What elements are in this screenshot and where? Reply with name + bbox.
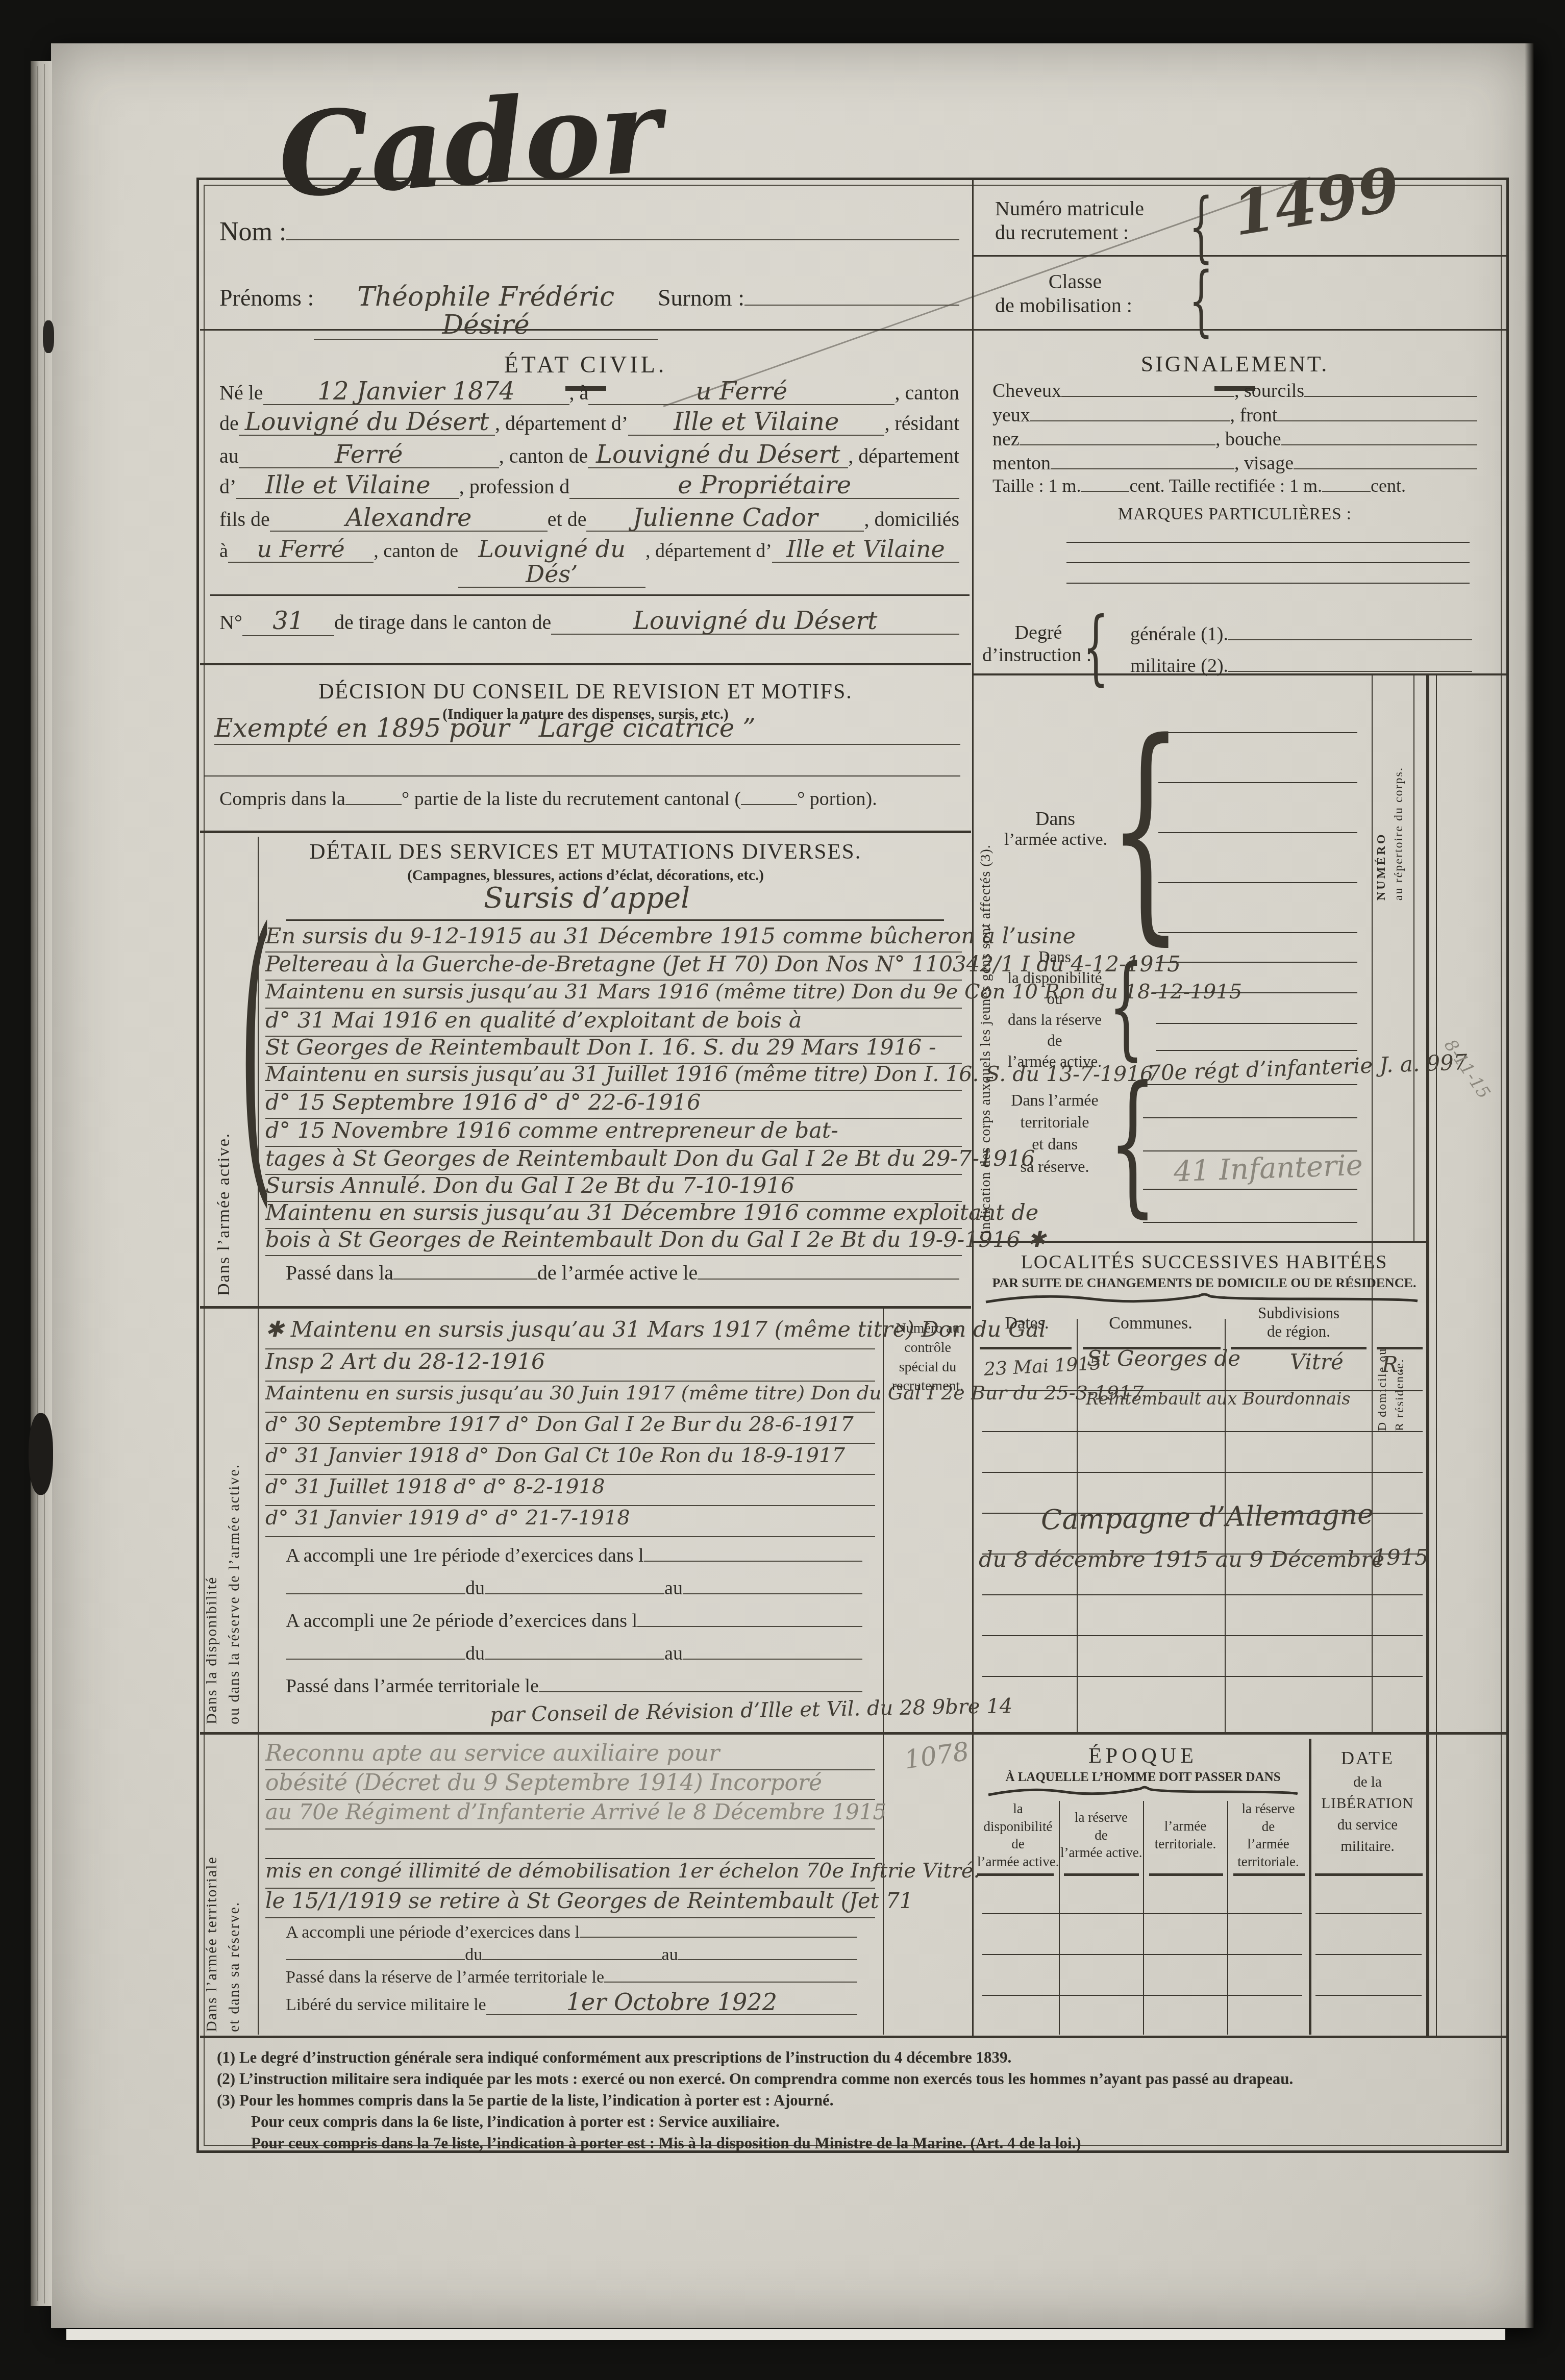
label: de tirage dans le canton de bbox=[334, 611, 551, 634]
rule bbox=[1158, 732, 1357, 733]
numero-repertoire-caption-2: au répertoire du corps. bbox=[1392, 686, 1406, 900]
corps-territoriale-entry-2: 41 Infanterie bbox=[1173, 1149, 1363, 1189]
blank-field bbox=[345, 804, 402, 805]
blank-field bbox=[1228, 639, 1472, 640]
campagne-entry-year: 1915 bbox=[1373, 1545, 1428, 1570]
label: , canton de bbox=[374, 540, 458, 563]
blank-field bbox=[539, 1691, 862, 1692]
label: Dans bbox=[1004, 808, 1106, 830]
blank-field bbox=[580, 1937, 857, 1938]
blank-field bbox=[485, 1593, 664, 1594]
rule bbox=[1059, 1801, 1060, 2035]
blank-field bbox=[644, 1561, 862, 1562]
label: l’armée active. bbox=[1004, 830, 1106, 849]
service-entry: Maintenu en sursis jusqu’au 31 Mars 1916… bbox=[265, 982, 962, 1009]
parents-departement-value: Ille et Vilaine bbox=[786, 535, 945, 563]
degre-label-line2: d’instruction : bbox=[982, 644, 1079, 666]
rule bbox=[980, 1347, 1072, 1349]
rule bbox=[977, 1873, 1054, 1876]
etat-civil-line: à u Ferré , canton de Louvigné du Dés’ ,… bbox=[219, 537, 959, 588]
label: fils de bbox=[219, 508, 270, 531]
label: , à bbox=[569, 381, 589, 405]
service-entry: d° 15 Novembre 1916 comme entrepreneur d… bbox=[265, 1120, 962, 1147]
brace-icon: { bbox=[1108, 712, 1183, 946]
rule bbox=[1143, 1117, 1357, 1118]
classe-label-line1: Classe bbox=[1018, 269, 1132, 293]
service-entry-text: St Georges de Reintembault Don I. 16. S.… bbox=[265, 1035, 936, 1060]
label: cent. Taille rectifiée : 1 m. bbox=[1129, 475, 1322, 496]
rule bbox=[286, 919, 944, 921]
label: territoriale. bbox=[1145, 1835, 1226, 1853]
blank-field bbox=[485, 1659, 664, 1660]
signalement-row: Cheveux , sourcils bbox=[992, 380, 1477, 403]
blank-field bbox=[1061, 396, 1234, 397]
corps-g3-label: Dans l’armée territoriale et dans sa rés… bbox=[1001, 1089, 1108, 1178]
label: de bbox=[219, 412, 239, 435]
brace-icon: { bbox=[1108, 1066, 1157, 1219]
rule bbox=[1315, 1954, 1422, 1955]
service-entry-text: Sursis Annulé. Don du Gal I 2e Bt du 7-1… bbox=[265, 1173, 794, 1198]
rule bbox=[982, 1913, 1302, 1914]
localites-commune-value-2: Reintembault aux Bourdonnais bbox=[1086, 1389, 1350, 1409]
footnote-1: (1) Le degré d’instruction générale sera… bbox=[217, 2048, 1011, 2067]
decision-value: Exempté en 1895 pour “ Large cicatrice ” bbox=[214, 713, 756, 743]
label: ° partie de la liste du recrutement cant… bbox=[402, 788, 741, 811]
label: Passé dans la réserve de l’armée territo… bbox=[286, 1967, 604, 1987]
service-entry: Sursis Annulé. Don du Gal I 2e Bt du 7-1… bbox=[265, 1175, 962, 1202]
label: , canton de bbox=[499, 444, 588, 468]
tirage-row: N° 31 de tirage dans le canton de Louvig… bbox=[219, 607, 959, 636]
label: Libéré du service militaire le bbox=[286, 1995, 486, 2015]
brace-ornament bbox=[987, 1786, 1299, 1799]
localites-col-communes: Communes. bbox=[1079, 1314, 1222, 1333]
passe-reserve-territoriale-row: Passé dans la réserve de l’armée territo… bbox=[286, 1967, 857, 1987]
service-entry: Maintenu en sursis jusqu’au 30 Juin 1917… bbox=[265, 1383, 875, 1413]
footnote-2: (2) L’instruction militaire sera indiqué… bbox=[217, 2070, 1293, 2088]
service-entry-text: tages à St Georges de Reintembault Don d… bbox=[265, 1146, 1035, 1171]
rule bbox=[1143, 1801, 1144, 2035]
label: du bbox=[465, 1945, 482, 1965]
corps-g1-label: Dans l’armée active. bbox=[1004, 808, 1106, 849]
rule bbox=[200, 1732, 1506, 1735]
profession-value: e Propriétaire bbox=[678, 471, 851, 499]
mother-name-value: Julienne Cador bbox=[633, 504, 818, 532]
periode1-dates-row: du au bbox=[286, 1577, 862, 1600]
service-entry: Reconnu apte au service auxiliaire pour bbox=[265, 1742, 875, 1770]
epoque-date-header: DATE de la LIBÉRATION du service militai… bbox=[1311, 1745, 1424, 1857]
localites-commune-value-1: St Georges de bbox=[1087, 1346, 1240, 1371]
service-entry: au 70e Régiment d’Infanterie Arrivé le 8… bbox=[265, 1801, 875, 1830]
label: Dans l’armée bbox=[1001, 1089, 1108, 1111]
label: l’armée bbox=[1145, 1817, 1226, 1835]
epoque-title: ÉPOQUE bbox=[977, 1744, 1309, 1768]
label: l’armée active. bbox=[1001, 1051, 1108, 1072]
blank-field bbox=[637, 1626, 862, 1627]
rule bbox=[200, 831, 971, 833]
degre-generale-row: générale (1). bbox=[1130, 623, 1472, 646]
footnote-5: Pour ceux compris dans la 7e liste, l’in… bbox=[251, 2134, 1081, 2152]
label: au bbox=[664, 1577, 683, 1600]
degre-label-line1: Degré bbox=[998, 621, 1079, 644]
service-entry: d° 15 Septembre 1916 d° d° 22-6-1916 bbox=[265, 1092, 962, 1119]
rule bbox=[1156, 962, 1357, 963]
rule bbox=[1143, 1189, 1357, 1190]
name-row: Nom : bbox=[219, 217, 959, 247]
label: au bbox=[219, 444, 239, 468]
label: de bbox=[1001, 1031, 1108, 1051]
blank-field bbox=[286, 1659, 465, 1660]
label: , département d’ bbox=[495, 412, 628, 435]
label: de bbox=[1060, 1826, 1142, 1844]
rule bbox=[204, 775, 960, 776]
blank-field bbox=[393, 1279, 537, 1280]
decision-title: DÉCISION DU CONSEIL DE REVISION ET MOTIF… bbox=[200, 680, 971, 704]
label: l’armée active. bbox=[1060, 1844, 1142, 1862]
margin-territoriale-1: Dans l’armée territoriale bbox=[203, 1739, 220, 2032]
etat-civil-title: ÉTAT CIVIL. bbox=[200, 351, 971, 378]
rule bbox=[1309, 1739, 1311, 2035]
label: , canton bbox=[895, 381, 959, 405]
degre-label: Degré d’instruction : bbox=[998, 621, 1079, 666]
service-entry: tages à St Georges de Reintembault Don d… bbox=[265, 1148, 962, 1175]
rule bbox=[1377, 1347, 1423, 1349]
signalement-row: menton , visage bbox=[992, 453, 1477, 475]
label: , bouche bbox=[1215, 429, 1281, 451]
service-entry-text: d° 15 Novembre 1916 comme entrepreneur d… bbox=[265, 1118, 838, 1143]
label: A accompli une 1re période d’exercices d… bbox=[286, 1545, 644, 1567]
footnote-4: Pour ceux compris dans la 6e liste, l’in… bbox=[251, 2113, 780, 2131]
brace-icon: { bbox=[1083, 606, 1109, 688]
epoque-col1-header: la disponibilité de l’armée active. bbox=[977, 1800, 1059, 1870]
rule bbox=[1158, 932, 1357, 933]
rule bbox=[1227, 1801, 1228, 2035]
label: de région. bbox=[1227, 1322, 1370, 1341]
label: territoriale. bbox=[1229, 1853, 1308, 1871]
label: LIBÉRATION bbox=[1311, 1793, 1424, 1814]
numero-repertoire-caption-1: NUMÉRO bbox=[1375, 686, 1388, 900]
libere-date-value: 1er Octobre 1922 bbox=[566, 1988, 777, 2016]
service-entry: ✱ Maintenu en sursis jusqu’au 31 Mars 19… bbox=[265, 1319, 875, 1349]
label: de bbox=[977, 1835, 1059, 1853]
service-entry: bois à St Georges de Reintembault Don du… bbox=[265, 1229, 962, 1256]
blank-field bbox=[1277, 420, 1477, 421]
label: A accompli une période d’exercices dans … bbox=[286, 1922, 580, 1942]
periode2-row: A accompli une 2e période d’exercices da… bbox=[286, 1610, 862, 1633]
localites-dr-value: R. bbox=[1382, 1352, 1405, 1377]
label: Cheveux bbox=[992, 380, 1061, 403]
tirage-canton-value: Louvigné du Désert bbox=[633, 607, 878, 635]
page-stack-edge bbox=[31, 61, 52, 2306]
localites-subdivision-value: Vitré bbox=[1290, 1349, 1344, 1374]
margin-armee-active: Dans l’armée active. bbox=[214, 898, 234, 1296]
rule bbox=[1436, 674, 1437, 2037]
blank-field bbox=[683, 1659, 862, 1660]
passe-territoriale-row: Passé dans l’armée territoriale le bbox=[286, 1675, 862, 1698]
rule bbox=[1156, 1023, 1357, 1024]
alias-field-line bbox=[744, 305, 959, 306]
scanned-military-register-page: { "colors": {"paper":"#d6d3ca","ink":"#2… bbox=[0, 0, 1565, 2380]
brace-icon: { bbox=[1108, 950, 1144, 1062]
service-entry-text: Insp 2 Art du 28-12-1916 bbox=[265, 1349, 545, 1374]
service-entry-text: d° 31 Janvier 1919 d° d° 21-7-1918 bbox=[265, 1506, 630, 1530]
departement-value: Ille et Vilaine bbox=[674, 408, 839, 436]
rule bbox=[200, 2036, 1506, 2038]
rule bbox=[1143, 1222, 1357, 1223]
label: de bbox=[1229, 1818, 1308, 1836]
blank-field bbox=[1051, 468, 1234, 469]
bottom-page-edge bbox=[66, 2329, 1505, 2340]
label: ° portion). bbox=[797, 788, 877, 811]
rule bbox=[210, 594, 970, 596]
label: Passé dans l’armée territoriale le bbox=[286, 1675, 539, 1698]
service-entry-text: Maintenu en sursis jusqu’au 31 Décembre … bbox=[265, 1200, 1038, 1225]
classe-label: Classe de mobilisation : bbox=[1018, 269, 1132, 317]
degre-militaire-row: militaire (2). bbox=[1130, 655, 1472, 678]
brace-icon: { bbox=[1189, 263, 1213, 339]
service-entry: d° 31 Janvier 1919 d° d° 21-7-1918 bbox=[265, 1508, 875, 1537]
blank-field bbox=[482, 1959, 661, 1960]
taille-row: Taille : 1 m. cent. Taille rectifiée : 1… bbox=[992, 475, 1477, 496]
label: du bbox=[465, 1643, 485, 1665]
footnote-3: (3) Pour les hommes compris dans la 5e p… bbox=[217, 2091, 834, 2110]
label: militaire. bbox=[1311, 1836, 1424, 1857]
service-entry-text: Maintenu en sursis jusqu’au 30 Juin 1917… bbox=[265, 1382, 1144, 1404]
service-entry-text: d° 15 Septembre 1916 d° d° 22-6-1916 bbox=[265, 1090, 701, 1115]
signalement-row: yeux , front bbox=[992, 405, 1477, 427]
label: à bbox=[219, 540, 228, 563]
label: d’ bbox=[219, 475, 236, 498]
periode-territoriale-row: A accompli une période d’exercices dans … bbox=[286, 1922, 857, 1942]
service-entry: d° 31 Janvier 1918 d° Don Gal Ct 10e Ron… bbox=[265, 1445, 875, 1475]
classe-label-line2: de mobilisation : bbox=[995, 293, 1132, 317]
blank-field bbox=[678, 1959, 857, 1960]
blank-field bbox=[286, 1959, 465, 1960]
etat-civil-line: d’ Ille et Vilaine , profession d e Prop… bbox=[219, 472, 959, 499]
rule bbox=[972, 180, 974, 2037]
label: N° bbox=[219, 611, 242, 634]
epoque-subtitle: À LAQUELLE L’HOMME DOIT PASSER DANS bbox=[977, 1770, 1309, 1785]
label: la bbox=[977, 1800, 1059, 1818]
label: , département bbox=[848, 444, 959, 468]
label: Compris dans la bbox=[219, 788, 345, 811]
blank-field bbox=[1020, 444, 1215, 445]
blank-field bbox=[1304, 396, 1477, 397]
label: la réserve bbox=[1060, 1809, 1142, 1826]
blank-field bbox=[1030, 420, 1230, 421]
label: la réserve bbox=[1229, 1800, 1308, 1818]
label: de l’armée active le bbox=[537, 1261, 698, 1285]
decision-entry: Exempté en 1895 pour “ Large cicatrice ” bbox=[214, 715, 960, 745]
sursis-heading-value: Sursis d’appel bbox=[484, 882, 690, 915]
label: menton bbox=[992, 453, 1051, 475]
etat-civil-line: de Louvigné du Désert , département d’ I… bbox=[219, 409, 959, 436]
label: , sourcils bbox=[1234, 380, 1304, 403]
service-entry-text: d° 31 Mai 1916 en qualité d’exploitant d… bbox=[265, 1008, 802, 1033]
blank-field bbox=[698, 1279, 959, 1280]
periode2-dates-row: du au bbox=[286, 1643, 862, 1665]
epoque-col4-header: la réserve de l’armée territoriale. bbox=[1229, 1800, 1308, 1870]
label: militaire (2). bbox=[1130, 655, 1228, 678]
birth-date-value: 12 Janvier 1874 bbox=[317, 377, 514, 406]
matricule-label: Numéro matricule du recrutement : bbox=[995, 196, 1144, 244]
rule bbox=[1372, 674, 1373, 1732]
service-entry: d° 31 Mai 1916 en qualité d’exploitant d… bbox=[265, 1010, 962, 1037]
service-entry-text: d° 31 Juillet 1918 d° d° 8-2-1918 bbox=[265, 1475, 605, 1498]
service-entry: d° 31 Juillet 1918 d° d° 8-2-1918 bbox=[265, 1476, 875, 1506]
epoque-col2-header: la réserve de l’armée active. bbox=[1060, 1809, 1142, 1862]
label: A accompli une 2e période d’exercices da… bbox=[286, 1610, 637, 1633]
rule bbox=[982, 1954, 1302, 1955]
label: générale (1). bbox=[1130, 623, 1228, 646]
marques-label: MARQUES PARTICULIÈRES : bbox=[992, 505, 1477, 524]
label: , profession d bbox=[459, 475, 570, 498]
rule bbox=[1156, 992, 1357, 993]
residence-canton-value: Louvigné du Désert bbox=[596, 440, 840, 469]
label: cent. bbox=[1371, 475, 1406, 496]
etat-civil-line: fils de Alexandre et de Julienne Cador ,… bbox=[219, 505, 959, 532]
service-entry: Peltereau à la Guerche-de-Bretagne (Jet … bbox=[265, 954, 962, 981]
campagne-entry-1: Campagne d’Allemagne bbox=[1040, 1498, 1374, 1536]
blank-field bbox=[1322, 491, 1371, 492]
service-entry-text: au 70e Régiment d’Infanterie Arrivé le 8… bbox=[265, 1799, 886, 1824]
name-label: Nom : bbox=[219, 217, 286, 247]
firstnames-field-line: Théophile Frédéric Désiré bbox=[314, 283, 658, 340]
label: l’armée bbox=[1229, 1835, 1308, 1853]
service-entry: Insp 2 Art du 28-12-1916 bbox=[265, 1351, 875, 1382]
birth-place-value: u Ferré bbox=[696, 377, 788, 406]
service-entry-text: mis en congé illimité de démobilisation … bbox=[265, 1859, 980, 1883]
label: Né le bbox=[219, 381, 263, 405]
surname-signature: Cador bbox=[274, 63, 665, 224]
label: nez bbox=[992, 429, 1020, 451]
rule bbox=[1066, 562, 1470, 563]
parents-canton-value: Louvigné du Dés’ bbox=[478, 535, 626, 588]
tirage-number-value: 31 bbox=[272, 607, 304, 635]
rule bbox=[1066, 583, 1470, 584]
canton-value: Louvigné du Désert bbox=[245, 408, 489, 436]
father-name-value: Alexandre bbox=[345, 504, 471, 532]
rule bbox=[982, 1676, 1423, 1677]
corps-margin-caption: Indication des corps auxquels les jeunes… bbox=[978, 686, 994, 1235]
label: Subdivisions bbox=[1227, 1304, 1370, 1322]
service-entry-text: En sursis du 9-12-1915 au 31 Décembre 19… bbox=[265, 923, 1076, 949]
label: sa réserve. bbox=[1001, 1156, 1108, 1178]
service-entry: obésité (Décret du 9 Septembre 1914) Inc… bbox=[265, 1772, 875, 1800]
rule bbox=[974, 255, 1506, 257]
corps-g2-label: Dans la disponibilité ou dans la réserve… bbox=[1001, 947, 1108, 1072]
blank-field bbox=[1281, 444, 1477, 445]
residence-value: Ferré bbox=[335, 440, 403, 469]
rule bbox=[1413, 674, 1414, 1241]
label: dans la réserve bbox=[1001, 1010, 1108, 1031]
services-title: DÉTAIL DES SERVICES ET MUTATIONS DIVERSE… bbox=[200, 839, 971, 864]
rule bbox=[200, 1306, 971, 1309]
etat-civil-line: au Ferré , canton de Louvigné du Désert … bbox=[219, 442, 959, 468]
service-entry-text: Reconnu apte au service auxiliaire pour bbox=[265, 1740, 719, 1766]
signalement-title: SIGNALEMENT. bbox=[977, 351, 1493, 377]
matricule-label-line2: du recrutement : bbox=[995, 220, 1144, 244]
rule bbox=[982, 1995, 1302, 1996]
label: DATE bbox=[1311, 1745, 1424, 1771]
localites-col-subdivisions: Subdivisions de région. bbox=[1227, 1304, 1370, 1341]
service-entry-text: bois à St Georges de Reintembault Don du… bbox=[265, 1227, 1046, 1252]
blank-field bbox=[286, 1593, 465, 1594]
edge-smudge bbox=[43, 320, 54, 353]
rule bbox=[982, 1472, 1423, 1473]
label: ou bbox=[1001, 989, 1108, 1010]
service-entry-text: d° 31 Janvier 1918 d° Don Gal Ct 10e Ron… bbox=[265, 1444, 845, 1467]
right-edge-shadow bbox=[1525, 43, 1534, 2328]
label: et dans bbox=[1001, 1133, 1108, 1155]
margin-disponibilite-2: ou dans la réserve de l’armée active. bbox=[226, 1316, 243, 1724]
rule bbox=[982, 1635, 1423, 1636]
passe-armee-active-row: Passé dans la de l’armée active le bbox=[286, 1261, 959, 1285]
rule bbox=[1315, 1995, 1422, 1996]
label: de la bbox=[1311, 1771, 1424, 1793]
rule bbox=[1064, 1873, 1139, 1876]
label: du service bbox=[1311, 1814, 1424, 1836]
rule bbox=[1426, 674, 1429, 2037]
page-stack-line bbox=[44, 64, 45, 2303]
brace-icon: { bbox=[1189, 189, 1213, 265]
epoque-col3-header: l’armée territoriale. bbox=[1145, 1817, 1226, 1852]
rule bbox=[982, 1431, 1423, 1432]
etat-civil-line: Né le 12 Janvier 1874 , à u Ferré , cant… bbox=[219, 379, 959, 405]
rule bbox=[1233, 1873, 1305, 1876]
firstnames-row: Prénoms : Théophile Frédéric Désiré Surn… bbox=[219, 283, 959, 340]
localites-title: LOCALITÉS SUCCESSIVES HABITÉES bbox=[977, 1251, 1431, 1273]
label: , front bbox=[1230, 405, 1278, 427]
rule bbox=[200, 663, 971, 665]
service-entry: Maintenu en sursis jusqu’au 31 Décembre … bbox=[265, 1202, 962, 1229]
rule bbox=[982, 1594, 1423, 1595]
margin-territoriale-2: et dans sa réserve. bbox=[226, 1739, 243, 2032]
compris-row: Compris dans la ° partie de la liste du … bbox=[219, 788, 954, 811]
service-entry: d° 30 Septembre 1917 d° Don Gal I 2e Bur… bbox=[265, 1414, 875, 1444]
rule bbox=[1066, 542, 1470, 543]
label: la disponibilité bbox=[1001, 968, 1108, 989]
blank-field bbox=[1228, 671, 1472, 672]
blank-field bbox=[1294, 468, 1477, 469]
rule bbox=[1149, 1873, 1223, 1876]
blank-field bbox=[604, 1982, 857, 1983]
periode-territoriale-dates-row: du au bbox=[286, 1945, 857, 1965]
rule bbox=[883, 1307, 884, 2035]
label: yeux bbox=[992, 405, 1030, 427]
service-entry-text: d° 30 Septembre 1917 d° Don Gal I 2e Bur… bbox=[265, 1413, 854, 1436]
service-entry: le 15/1/1919 se retire à St Georges de R… bbox=[265, 1890, 875, 1918]
rule bbox=[1156, 1050, 1357, 1051]
localites-col-dates: Dates. bbox=[980, 1314, 1074, 1333]
sursis-heading: Sursis d’appel bbox=[306, 882, 867, 915]
label: au bbox=[662, 1945, 678, 1965]
alias-label: Surnom : bbox=[658, 285, 744, 312]
libere-date-line: 1er Octobre 1922 bbox=[486, 1990, 857, 2015]
label: l’armée active. bbox=[977, 1853, 1059, 1871]
label: Taille : 1 m. bbox=[992, 475, 1081, 496]
libere-row: Libéré du service militaire le 1er Octob… bbox=[286, 1990, 857, 2015]
service-entry-text: obésité (Décret du 9 Septembre 1914) Inc… bbox=[265, 1770, 822, 1796]
service-entry: St Georges de Reintembault Don I. 16. S.… bbox=[265, 1037, 962, 1064]
periode1-row: A accompli une 1re période d’exercices d… bbox=[286, 1545, 862, 1567]
label: , département d’ bbox=[645, 540, 772, 563]
label: , domiciliés bbox=[864, 508, 959, 531]
blank-field bbox=[683, 1593, 862, 1594]
name-field-line bbox=[286, 239, 959, 240]
residence-departement-value: Ille et Vilaine bbox=[265, 471, 430, 499]
label: disponibilité bbox=[977, 1818, 1059, 1836]
controle-special-label: Numéro au contrôle spécial du recrutemen… bbox=[889, 1319, 966, 1396]
